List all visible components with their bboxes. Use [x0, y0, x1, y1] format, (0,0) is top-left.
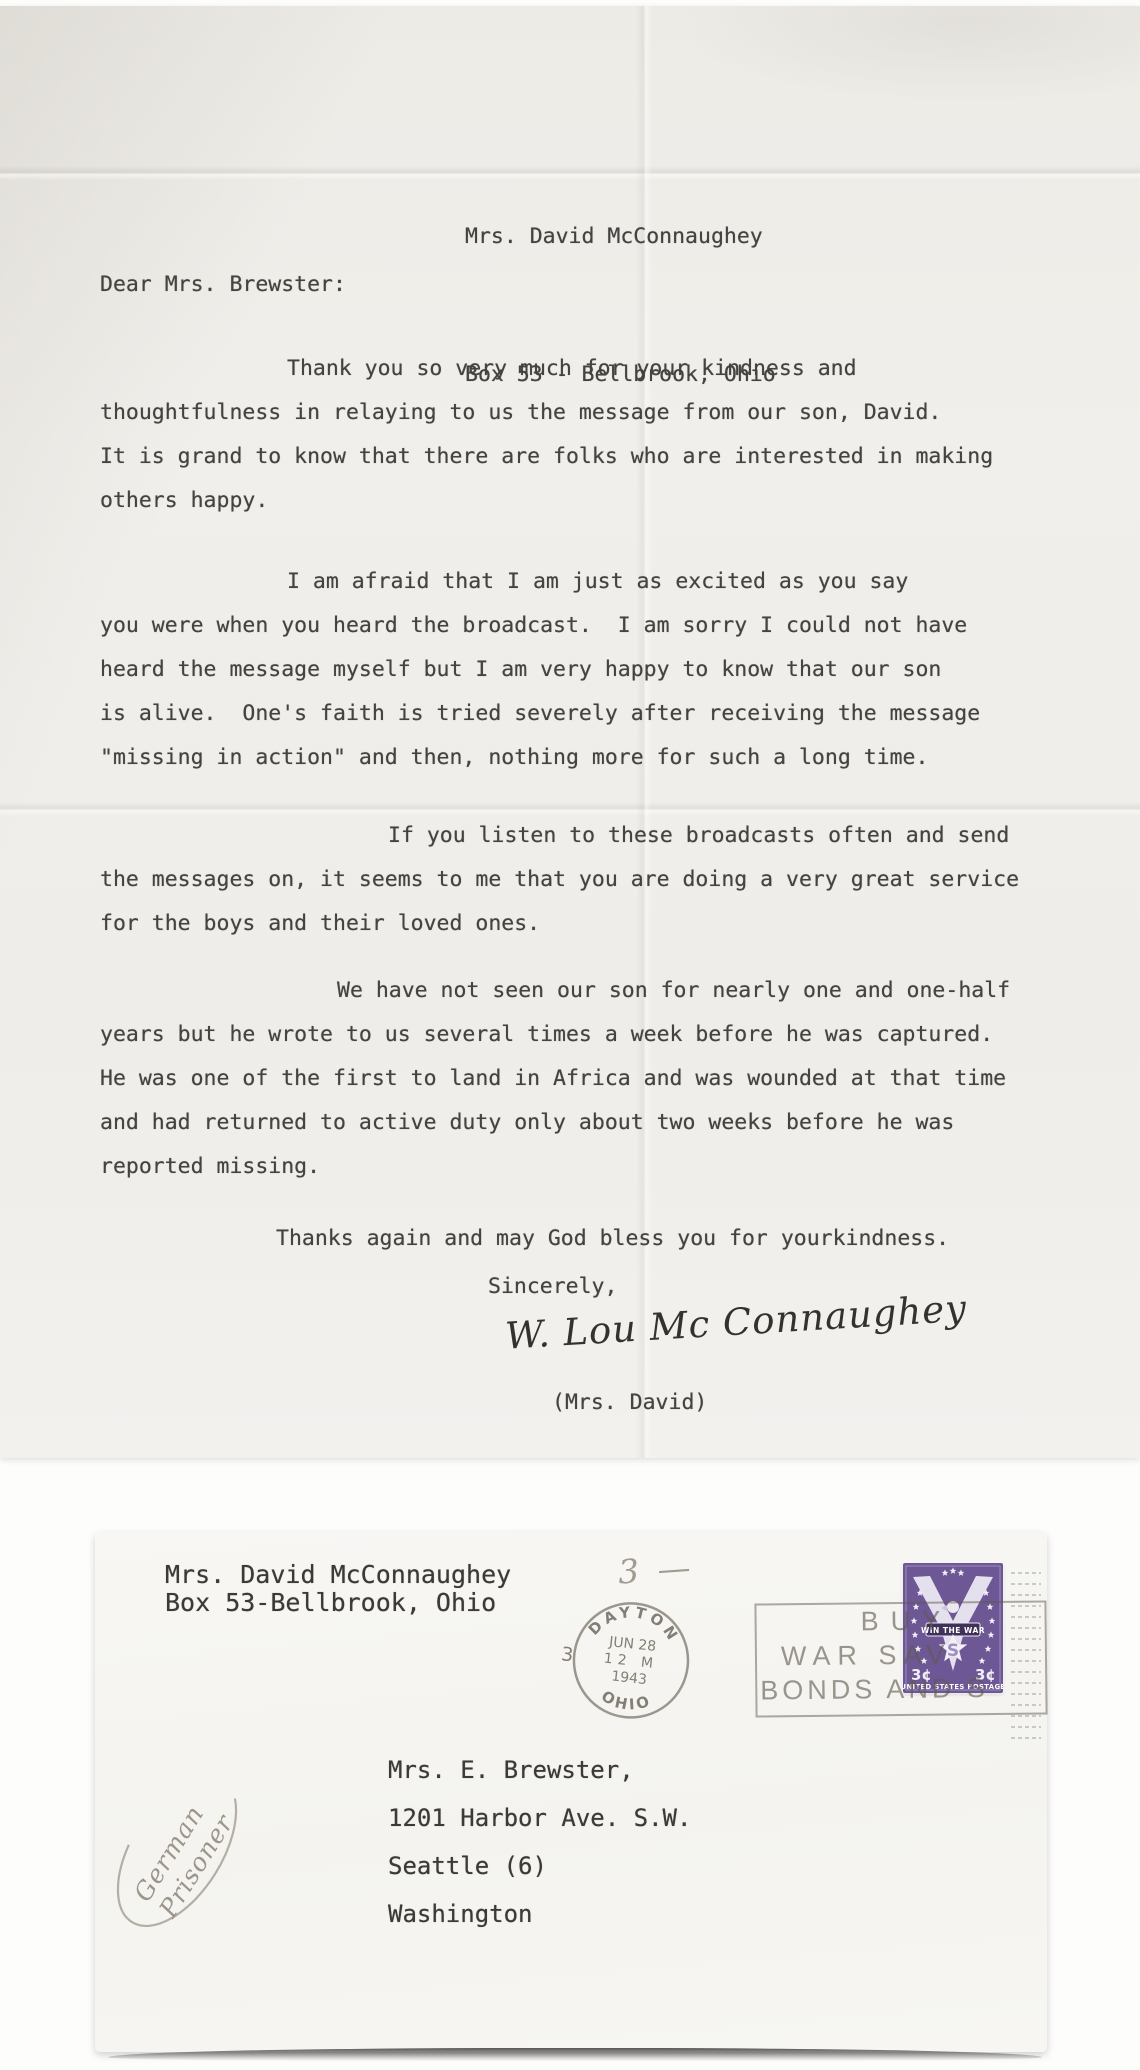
pencil-rate-mark: 3 — [617, 1547, 696, 1591]
slogan-cancel-line: WAR SAV [757, 1636, 1045, 1673]
envelope: Mrs. David McConnaugheyBox 53-Bellbrook,… [95, 1532, 1047, 2052]
letter-text-line: for the boys and their loved ones. [100, 902, 1080, 946]
letter-text-line: We have not seen our son for nearly one … [100, 969, 1080, 1013]
recipient-address-line: 1201 Harbor Ave. S.W. [388, 1794, 691, 1842]
return-address-line: Mrs. David McConnaughey [165, 1561, 511, 1589]
letter-text-line: years but he wrote to us several times a… [100, 1013, 1080, 1057]
slogan-cancel: BUYWAR SAVBONDS AND S [754, 1600, 1047, 1717]
letter-text-line: heard the message myself but I am very h… [100, 648, 1080, 692]
salutation: Dear Mrs. Brewster: [100, 272, 346, 297]
letter-text-line: is alive. One's faith is tried severely … [100, 692, 1080, 736]
recipient-address: Mrs. E. Brewster,1201 Harbor Ave. S.W.Se… [388, 1746, 691, 1938]
letter-text-line: the messages on, it seems to me that you… [100, 858, 1080, 902]
recipient-address-line: Washington [388, 1890, 691, 1938]
letter-page: Mrs. David McConnaughey Box 53 - Bellbro… [0, 6, 1140, 1458]
return-address: Mrs. David McConnaugheyBox 53-Bellbrook,… [165, 1561, 511, 1617]
letter-text-line: and had returned to active duty only abo… [100, 1101, 1080, 1145]
letter-text-line: If you listen to these broadcasts often … [100, 814, 1080, 858]
letter-text-line: Thank you so very much for your kindness… [100, 347, 1080, 391]
pencil-note: German Prisoner [95, 1750, 265, 1960]
slogan-cancel-line: BUY [756, 1602, 1044, 1639]
letter-text-line: reported missing. [100, 1145, 1080, 1189]
closing-line: Thanks again and may God bless you for y… [276, 1226, 949, 1251]
scan-shadow [108, 2048, 1042, 2061]
slogan-cancel-line: BONDS AND S [757, 1670, 1045, 1707]
handwritten-signature: W. Lou Mc Connaughey [504, 1289, 926, 1358]
recipient-address-line: Mrs. E. Brewster, [388, 1746, 691, 1794]
valediction: Sincerely, [488, 1274, 617, 1299]
letter-paragraph-4: We have not seen our son for nearly one … [100, 969, 1080, 1189]
letter-text-line: I am afraid that I am just as excited as… [100, 560, 1080, 604]
postmark-zone: 3 [560, 1643, 574, 1666]
letter-paragraph-2: I am afraid that I am just as excited as… [100, 560, 1080, 780]
letter-text-line: It is grand to know that there are folks… [100, 435, 1080, 479]
sender-name: Mrs. David McConnaughey [465, 214, 776, 260]
signature-subscript: (Mrs. David) [552, 1390, 707, 1415]
postmark-year: 1943 [611, 1669, 648, 1689]
letter-paragraph-1: Thank you so very much for your kindness… [100, 347, 1080, 523]
letter-text-line: others happy. [100, 479, 1080, 523]
recipient-address-line: Seattle (6) [388, 1842, 691, 1890]
letter-paragraph-3: If you listen to these broadcasts often … [100, 814, 1080, 946]
postmark: DAYTON OHIO JUN 28 12 M 1943 3 [550, 1583, 704, 1737]
letter-text-line: you were when you heard the broadcast. I… [100, 604, 1080, 648]
cancel-lines [1011, 1572, 1041, 1747]
letter-text-line: thoughtfulness in relaying to us the mes… [100, 391, 1080, 435]
letter-text-line: "missing in action" and then, nothing mo… [100, 736, 1080, 780]
letter-text-line: He was one of the first to land in Afric… [100, 1057, 1080, 1101]
scanned-correspondence: Mrs. David McConnaughey Box 53 - Bellbro… [0, 0, 1140, 2070]
return-address-line: Box 53-Bellbrook, Ohio [165, 1589, 511, 1617]
